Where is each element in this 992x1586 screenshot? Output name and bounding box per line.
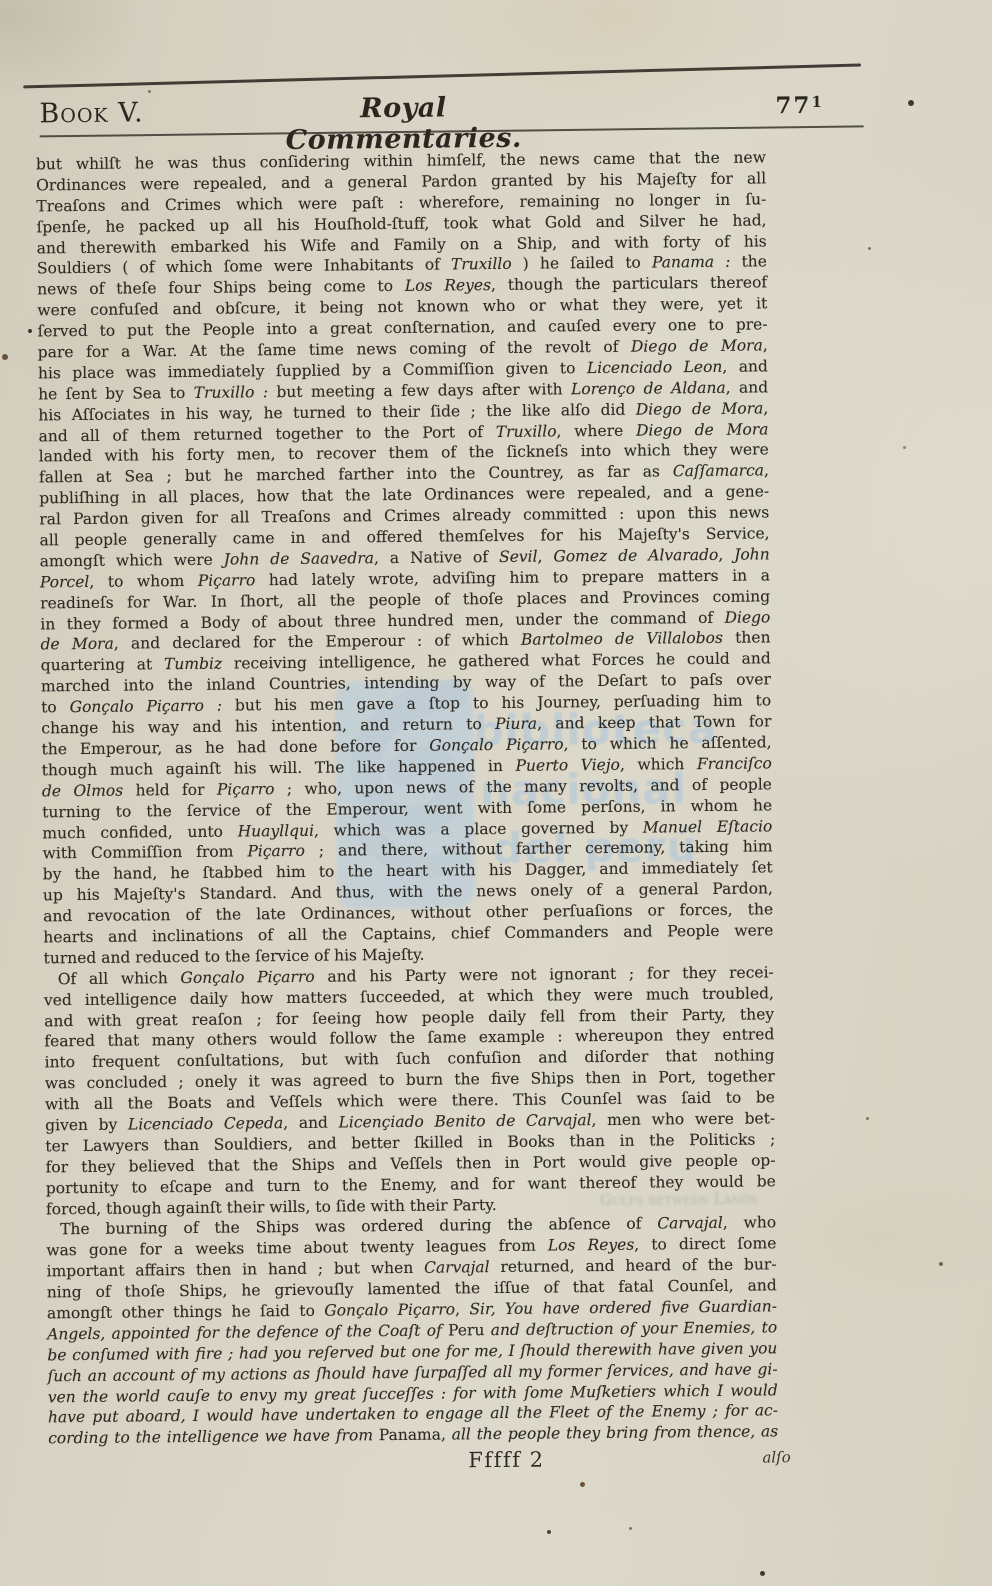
page-number-main: 77 [775, 92, 811, 119]
paper-speck [2, 354, 8, 360]
paper-speck [629, 1527, 632, 1530]
paper-speck [148, 90, 151, 93]
paper-speck [28, 329, 32, 333]
page-content: Book V. Royal Commentaries. 771 bibliote… [0, 0, 992, 1586]
paper-speck [547, 1530, 551, 1534]
paper-speck [866, 1117, 869, 1120]
paper-speck [903, 446, 906, 449]
page-number: 771 [775, 92, 822, 119]
page-number-sup: 1 [811, 93, 822, 111]
catchword: alſo [762, 1448, 842, 1467]
paper-speck [760, 1571, 765, 1576]
paper-speck [580, 1482, 585, 1487]
signature-mark: Fffff 2 [386, 1447, 626, 1473]
book-label: Book V. [39, 97, 143, 129]
paper-speck [868, 247, 871, 250]
page-title: Royal Commentaries. [243, 91, 564, 156]
paper-speck [939, 1262, 943, 1266]
paper-speck [908, 100, 914, 106]
body-text: but whilſt he was thus conſidering withi… [36, 147, 778, 1449]
header-top-rule [23, 64, 861, 89]
